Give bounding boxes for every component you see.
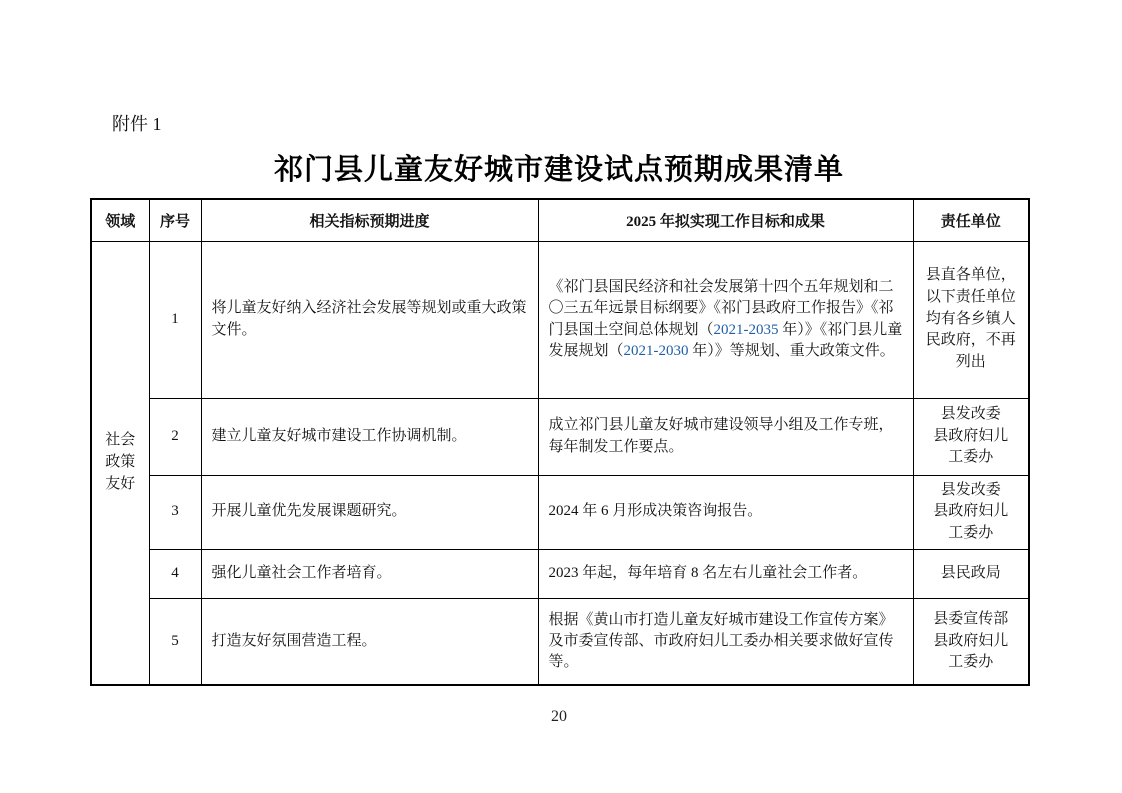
responsible-cell: 县发改委 县政府妇儿 工委办: [913, 475, 1029, 549]
row-number: 5: [149, 598, 201, 685]
header-domain: 领域: [91, 199, 149, 241]
progress-cell: 开展儿童优先发展课题研究。: [201, 475, 538, 549]
page-number: 20: [90, 708, 1028, 726]
goal-cell: 2023 年起，每年培育 8 名左右儿童社会工作者。: [538, 549, 913, 598]
table-row: 4 强化儿童社会工作者培育。 2023 年起，每年培育 8 名左右儿童社会工作者…: [91, 549, 1029, 598]
progress-cell: 强化儿童社会工作者培育。: [201, 549, 538, 598]
goal-cell: 《祁门县国民经济和社会发展第十四个五年规划和二〇三五年远景目标纲要》《祁门县政府…: [538, 241, 913, 398]
goal-text-segment: 年）》等规划、重大政策文件。: [689, 343, 895, 359]
expected-results-table: 领域 序号 相关指标预期进度 2025 年拟实现工作目标和成果 责任单位 社会 …: [90, 198, 1030, 686]
table-header-row: 领域 序号 相关指标预期进度 2025 年拟实现工作目标和成果 责任单位: [91, 199, 1029, 241]
goal-cell: 2024 年 6 月形成决策咨询报告。: [538, 475, 913, 549]
header-progress: 相关指标预期进度: [201, 199, 538, 241]
table-row: 5 打造友好氛围营造工程。 根据《黄山市打造儿童友好城市建设工作宣传方案》及市委…: [91, 598, 1029, 685]
row-number: 3: [149, 475, 201, 549]
responsible-cell: 县发改委 县政府妇儿 工委办: [913, 398, 1029, 475]
table-row: 2 建立儿童友好城市建设工作协调机制。 成立祁门县儿童友好城市建设领导小组及工作…: [91, 398, 1029, 475]
responsible-cell: 县直各单位， 以下责任单位 均有各乡镇人 民政府，不再 列出: [913, 241, 1029, 398]
goal-cell: 根据《黄山市打造儿童友好城市建设工作宣传方案》及市委宣传部、市政府妇儿工委办相关…: [538, 598, 913, 685]
progress-cell: 打造友好氛围营造工程。: [201, 598, 538, 685]
header-number: 序号: [149, 199, 201, 241]
responsible-cell: 县委宣传部 县政府妇儿 工委办: [913, 598, 1029, 685]
progress-cell: 建立儿童友好城市建设工作协调机制。: [201, 398, 538, 475]
domain-cell: 社会 政策 友好: [91, 241, 149, 685]
responsible-cell: 县民政局: [913, 549, 1029, 598]
row-number: 1: [149, 241, 201, 398]
attachment-label: 附件 1: [112, 110, 162, 136]
goal-year-range: 2021-2035: [714, 322, 779, 338]
table-row: 3 开展儿童优先发展课题研究。 2024 年 6 月形成决策咨询报告。 县发改委…: [91, 475, 1029, 549]
table-row: 社会 政策 友好 1 将儿童友好纳入经济社会发展等规划或重大政策文件。 《祁门县…: [91, 241, 1029, 398]
goal-cell: 成立祁门县儿童友好城市建设领导小组及工作专班，每年制发工作要点。: [538, 398, 913, 475]
progress-cell: 将儿童友好纳入经济社会发展等规划或重大政策文件。: [201, 241, 538, 398]
goal-year-range: 2021-2030: [624, 343, 689, 359]
row-number: 2: [149, 398, 201, 475]
page-title: 祁门县儿童友好城市建设试点预期成果清单: [90, 147, 1028, 188]
header-goal: 2025 年拟实现工作目标和成果: [538, 199, 913, 241]
header-responsible: 责任单位: [913, 199, 1029, 241]
document-page: 附件 1 祁门县儿童友好城市建设试点预期成果清单 领域 序号 相关指标预期进度 …: [0, 0, 1122, 793]
row-number: 4: [149, 549, 201, 598]
